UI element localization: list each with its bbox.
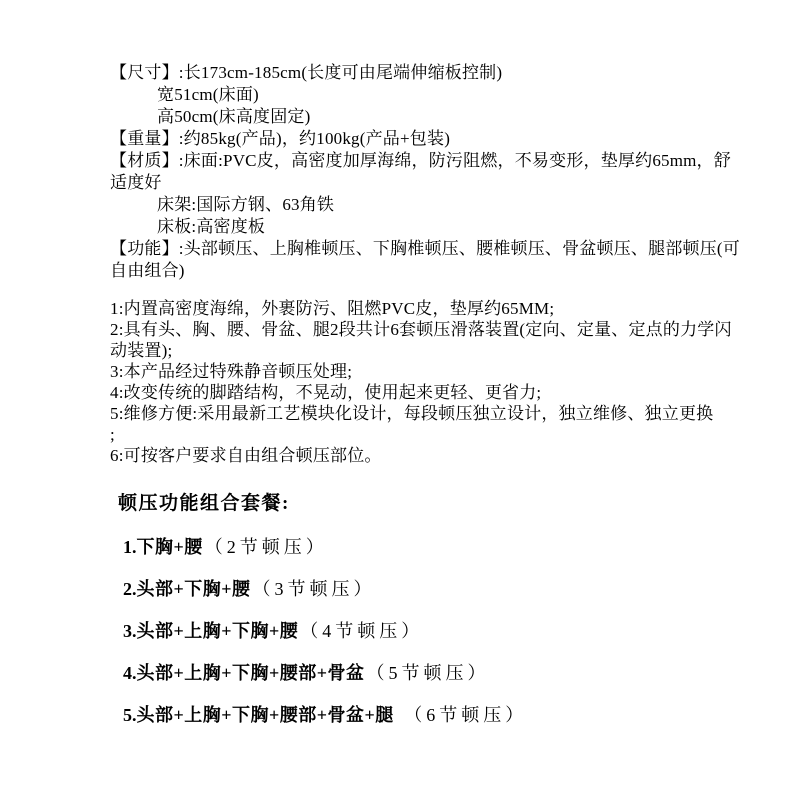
combo-item-label: 头部+上胸+下胸+腰 [137, 621, 299, 641]
combo-item-3: 3.头部+上胸+下胸+腰（4节顿压） [110, 621, 760, 641]
feature-line-1: 1:内置高密度海绵，外裹防污、阻燃PVC皮，垫厚约65MM; [110, 298, 760, 319]
combo-item-label: 头部+下胸+腰 [137, 579, 251, 599]
feature-line-5: 5:维修方便:采用最新工艺模块化设计，每段顿压独立设计，独立维修、独立更换 [110, 403, 760, 424]
combo-section-heading: 顿压功能组合套餐: [110, 488, 760, 515]
feature-line-2: 2:具有头、胸、腰、骨盆、腿2段共计6套顿压滑落装置(定向、定量、定点的力学闪 [110, 319, 760, 340]
spec-line-weight: 【重量】:约85kg(产品)，约100kg(产品+包装) [110, 128, 760, 150]
feature-line-3: 3:本产品经过特殊静音顿压处理; [110, 361, 760, 382]
spec-line-size: 【尺寸】:长173cm-185cm(长度可由尾端伸缩板控制) [110, 62, 760, 84]
combo-list: 1.下胸+腰（2节顿压） 2.头部+下胸+腰（3节顿压） 3.头部+上胸+下胸+… [110, 537, 760, 725]
combo-item-number: 3. [123, 621, 137, 641]
combo-item-number: 1. [123, 537, 137, 557]
combo-item-label: 下胸+腰 [137, 537, 203, 557]
spec-line-material-1: 【材质】:床面:PVC皮，高密度加厚海绵，防污阻燃，不易变形，垫厚约65mm，舒 [110, 150, 760, 172]
combo-item-number: 5. [123, 705, 137, 725]
combo-item-1: 1.下胸+腰（2节顿压） [110, 537, 760, 557]
feature-line-4: 4:改变传统的脚踏结构，不晃动，使用起来更轻、更省力; [110, 382, 760, 403]
spec-line-board: 床板:高密度板 [110, 216, 760, 238]
feature-line-6: 6:可按客户要求自由组合顿压部位。 [110, 445, 760, 466]
feature-line-5-cont: ; [110, 424, 760, 445]
spec-line-width: 宽51cm(床面) [110, 84, 760, 106]
combo-item-5: 5.头部+上胸+下胸+腰部+骨盆+腿 （6节顿压） [110, 705, 760, 725]
combo-item-note: （6节顿压） [396, 705, 528, 725]
spec-line-material-2: 适度好 [110, 172, 760, 194]
spec-line-function-1: 【功能】:头部顿压、上胸椎顿压、下胸椎顿压、腰椎顿压、骨盆顿压、腿部顿压(可 [110, 238, 760, 260]
combo-item-label: 头部+上胸+下胸+腰部+骨盆 [137, 663, 365, 683]
combo-item-number: 4. [123, 663, 137, 683]
combo-item-4: 4.头部+上胸+下胸+腰部+骨盆（5节顿压） [110, 663, 760, 683]
combo-item-label: 头部+上胸+下胸+腰部+骨盆+腿 [137, 705, 394, 725]
combo-item-note: （5节顿压） [367, 663, 490, 683]
spec-block: 【尺寸】:长173cm-185cm(长度可由尾端伸缩板控制) 宽51cm(床面)… [110, 62, 760, 282]
spec-line-function-2: 自由组合) [110, 260, 760, 282]
combo-item-2: 2.头部+下胸+腰（3节顿压） [110, 579, 760, 599]
spec-line-frame: 床架:国际方钢、63角铁 [110, 194, 760, 216]
combo-item-note: （2节顿压） [205, 537, 328, 557]
spec-line-height: 高50cm(床高度固定) [110, 106, 760, 128]
combo-item-number: 2. [123, 579, 137, 599]
combo-item-note: （3节顿压） [253, 579, 376, 599]
product-spec-document: 【尺寸】:长173cm-185cm(长度可由尾端伸缩板控制) 宽51cm(床面)… [110, 62, 760, 725]
combo-item-note: （4节顿压） [300, 621, 423, 641]
feature-list: 1:内置高密度海绵，外裹防污、阻燃PVC皮，垫厚约65MM; 2:具有头、胸、腰… [110, 298, 760, 466]
feature-line-2-cont: 动装置); [110, 340, 760, 361]
